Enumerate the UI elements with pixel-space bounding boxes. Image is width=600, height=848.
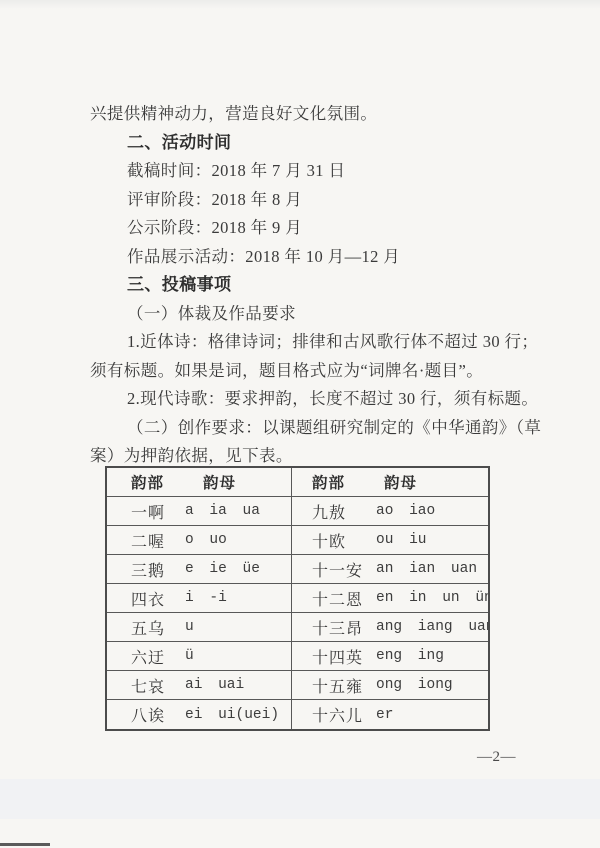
page-number: —2— [477, 749, 516, 766]
line-review-phase: 评审阶段：2018 年 8 月 [90, 186, 528, 215]
line-exhibition-period: 作品展示活动：2018 年 10 月—12 月 [90, 243, 528, 272]
rhyme-name: 二喔 [131, 529, 185, 552]
header-rhyme-part-label: 韵部 [131, 471, 203, 493]
rhyme-name: 三鹅 [131, 558, 185, 581]
rhyme-finals: eng ing [376, 648, 444, 664]
rhyme-name: 十四英 [312, 645, 376, 668]
table-row: 二喔 o uo [107, 526, 292, 555]
rhyme-name: 五乌 [131, 616, 185, 639]
rhyme-finals: u [185, 619, 194, 635]
rhyme-name: 十五雍 [312, 674, 376, 697]
rhyme-name: 十六儿 [312, 703, 376, 726]
table-row: 一啊 a ia ua [107, 497, 292, 526]
rhyme-name: 九敖 [312, 500, 376, 523]
rhyme-finals: an ian uan üan [376, 561, 488, 577]
line-deadline: 截稿时间：2018 年 7 月 31 日 [90, 157, 528, 186]
table-row: 六迂 ü [107, 642, 292, 671]
table-header-right: 韵部 韵母 [292, 468, 488, 497]
table-row: 十五雍 ong iong [292, 671, 488, 700]
rhyme-finals: ang iang uang [376, 619, 488, 635]
table-row: 九敖 ao iao [292, 497, 488, 526]
document-body: 兴提供精神动力，营造良好文化氛围。 二、活动时间 截稿时间：2018 年 7 月… [90, 100, 528, 471]
rhyme-finals: ou iu [376, 532, 427, 548]
rhyme-name: 十欧 [312, 529, 376, 552]
rhyme-name: 十二恩 [312, 587, 376, 610]
rhyme-finals: ü [185, 648, 194, 664]
rhyme-name: 一啊 [131, 500, 185, 523]
scan-corner-mark [0, 843, 50, 846]
table-row: 七哀 ai uai [107, 671, 292, 700]
rhyme-finals: ong iong [376, 677, 453, 693]
header-rhyme-finals-label: 韵母 [203, 471, 236, 493]
table-row: 八诶 ei ui(uei) [107, 700, 292, 729]
rhyme-name: 四衣 [131, 587, 185, 610]
rhyme-finals: er [376, 707, 393, 723]
line-requirement-2: 2.现代诗歌：要求押韵，长度不超过 30 行，须有标题。 [90, 385, 528, 414]
line-subsection-1-title: （一）体裁及作品要求 [90, 300, 528, 329]
rhyme-finals: ai uai [185, 677, 244, 693]
line-creation-requirement-a: （二）创作要求：以课题组研究制定的《中华通韵》（草 [90, 414, 528, 443]
rhyme-name: 七哀 [131, 674, 185, 697]
table-row: 三鹅 e ie üe [107, 555, 292, 584]
rhyme-finals: a ia ua [185, 503, 260, 519]
rhyme-finals: ao iao [376, 503, 435, 519]
scan-edge-shadow-top [0, 0, 600, 9]
rhyme-finals: i -i [185, 590, 227, 606]
rhyme-name: 六迂 [131, 645, 185, 668]
line-requirement-1b: 须有标题。如果是词，题目格式应为“词牌名·题目”。 [90, 357, 528, 386]
rhyme-table: 韵部 韵母 韵部 韵母 一啊 a ia ua 九敖 ao iao 二喔 o uo… [105, 466, 490, 731]
table-row: 十欧 ou iu [292, 526, 488, 555]
rhyme-finals: ei ui(uei) [185, 707, 279, 723]
heading-section-2: 二、活动时间 [90, 129, 528, 158]
table-row: 五乌 u [107, 613, 292, 642]
table-row: 十四英 eng ing [292, 642, 488, 671]
rhyme-name: 十一安 [312, 558, 376, 581]
table-header-left: 韵部 韵母 [107, 468, 292, 497]
scan-edge-shadow-bottom [0, 779, 600, 819]
table-row: 十二恩 en in un ün [292, 584, 488, 613]
paragraph-continuation: 兴提供精神动力，营造良好文化氛围。 [90, 100, 528, 129]
table-row: 十六儿 er [292, 700, 488, 729]
rhyme-finals: o uo [185, 532, 227, 548]
line-publicity-phase: 公示阶段：2018 年 9 月 [90, 214, 528, 243]
header-rhyme-finals-label: 韵母 [384, 471, 417, 493]
table-row: 十三昂 ang iang uang [292, 613, 488, 642]
rhyme-finals: en in un ün [376, 590, 488, 606]
table-row: 十一安 an ian uan üan [292, 555, 488, 584]
scanned-document-page: 兴提供精神动力，营造良好文化氛围。 二、活动时间 截稿时间：2018 年 7 月… [0, 0, 600, 848]
table-row: 四衣 i -i [107, 584, 292, 613]
rhyme-finals: e ie üe [185, 561, 260, 577]
line-requirement-1a: 1.近体诗：格律诗词；排律和古风歌行体不超过 30 行； [90, 328, 528, 357]
rhyme-name: 八诶 [131, 703, 185, 726]
heading-section-3: 三、投稿事项 [90, 271, 528, 300]
header-rhyme-part-label: 韵部 [312, 471, 384, 493]
rhyme-name: 十三昂 [312, 616, 376, 639]
